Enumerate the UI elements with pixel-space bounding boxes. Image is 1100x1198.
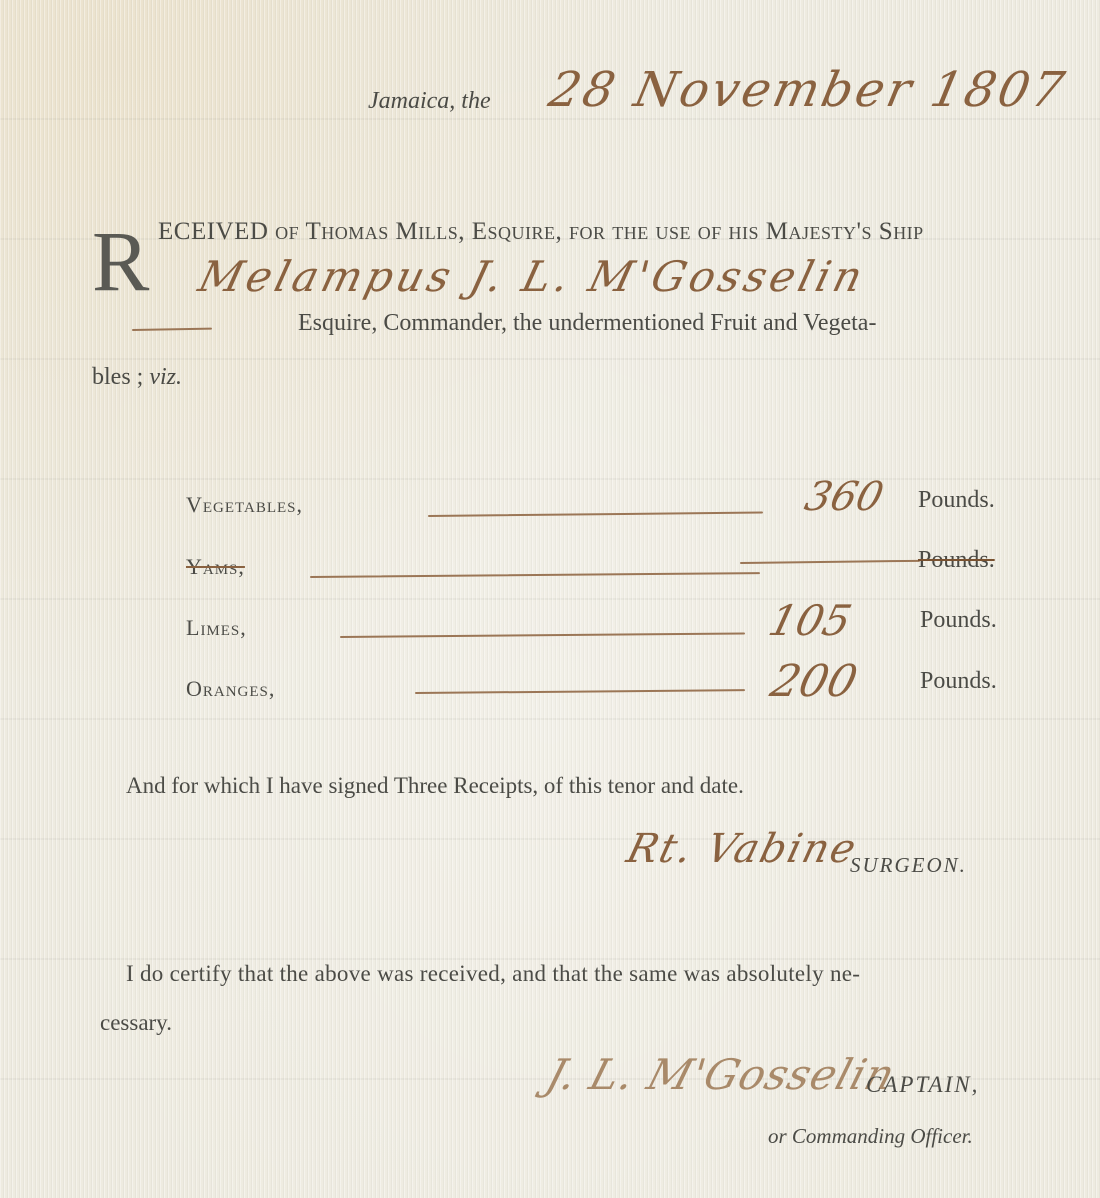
fill-line [340, 632, 745, 638]
received-line-3: Esquire, Commander, the undermentioned F… [298, 310, 876, 337]
ink-dash [132, 328, 212, 331]
captain-subtitle: or Commanding Officer. [768, 1124, 973, 1149]
item-quantity: 200 [766, 656, 863, 707]
surgeon-signature: Rt. Vabine [622, 826, 862, 872]
place-label: Jamaica, the [368, 88, 491, 115]
date-handwritten: 28 November 1807 [544, 62, 1072, 118]
item-quantity: 360 [800, 474, 888, 520]
strike-line [310, 572, 760, 578]
fill-line [428, 511, 763, 517]
certification-line-1: I do certify that the above was received… [126, 961, 860, 987]
received-line-4: bles ; viz. [92, 364, 182, 391]
item-quantity: 105 [764, 596, 856, 645]
bles-text: bles ; [92, 364, 143, 390]
viz-text: viz. [149, 364, 182, 390]
item-unit: Pounds. [918, 547, 995, 574]
ship-commander-handwritten: Melampus J. L. M'Gosselin [194, 252, 871, 301]
receipt-document: Jamaica, the 28 November 1807 R ECEIVED … [0, 0, 1100, 1198]
surgeon-title: SURGEON. [850, 853, 967, 878]
receipts-statement: And for which I have signed Three Receip… [126, 773, 744, 799]
strike-line [740, 560, 920, 564]
drop-cap: R [92, 218, 149, 304]
certification-line-2: cessary. [100, 1010, 172, 1036]
item-name: Yams, [186, 554, 245, 580]
item-unit: Pounds. [918, 487, 995, 514]
captain-title: CAPTAIN, [866, 1072, 979, 1098]
captain-signature: J. L. M'Gosselin [541, 1050, 901, 1099]
item-unit: Pounds. [920, 607, 997, 634]
item-unit: Pounds. [920, 668, 997, 695]
item-name: Oranges, [186, 676, 275, 702]
item-name: Vegetables, [186, 492, 303, 518]
item-name: Limes, [186, 615, 247, 641]
fill-line [415, 689, 745, 694]
received-line-1: ECEIVED of Thomas Mills, Esquire, for th… [158, 218, 924, 246]
